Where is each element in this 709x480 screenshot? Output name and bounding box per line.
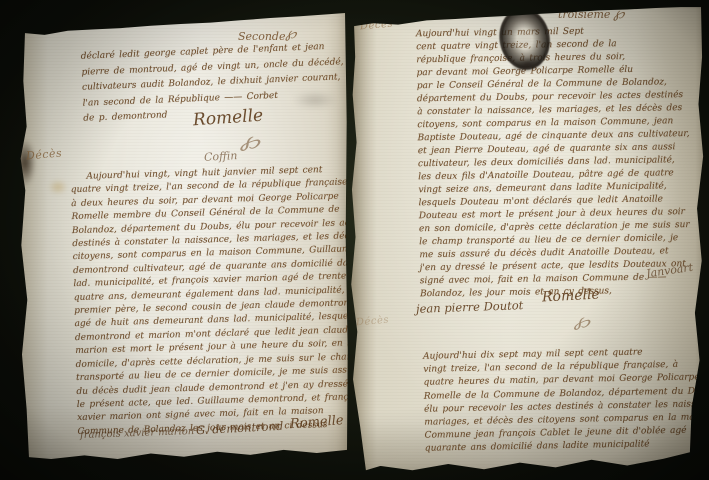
margin-note-deces-mid: Décès bbox=[356, 315, 390, 329]
margin-note-deces-top: Décès bbox=[360, 19, 394, 33]
right-page: Décès troisième ℘ Aujourd'hui vingt un m… bbox=[348, 0, 706, 474]
signature-romelle: Romelle bbox=[542, 286, 601, 305]
signature-coffin: Coffin bbox=[204, 149, 238, 164]
death-act-paragraph: Aujourd'hui vingt, vingt huit janvier mi… bbox=[70, 163, 350, 439]
page-header-word: troisième bbox=[558, 8, 610, 21]
paraph-mark: ℘ bbox=[613, 3, 626, 22]
margin-note-deces: Décès bbox=[26, 146, 63, 162]
archive-scan-photo: Seconde ℘ Décès déclaré ledit george cap… bbox=[0, 0, 709, 480]
signature-flourish: ℘ bbox=[239, 124, 264, 156]
death-act-paragraph-2: Aujourd'hui dix sept may mil sept cent q… bbox=[423, 345, 705, 456]
ink-stamp bbox=[492, 2, 555, 80]
signature-flourish: ℘ bbox=[573, 307, 593, 334]
age-stain bbox=[44, 176, 72, 198]
paraph-mark: ℘ bbox=[285, 23, 298, 42]
death-act-paragraph: Aujourd'hui vingt un mars mil Septcent q… bbox=[416, 24, 706, 301]
left-page: Seconde ℘ Décès déclaré ledit george cap… bbox=[18, 8, 350, 464]
burn-stain bbox=[18, 130, 40, 196]
signature-doutot: jean pierre Doutot bbox=[416, 298, 524, 316]
